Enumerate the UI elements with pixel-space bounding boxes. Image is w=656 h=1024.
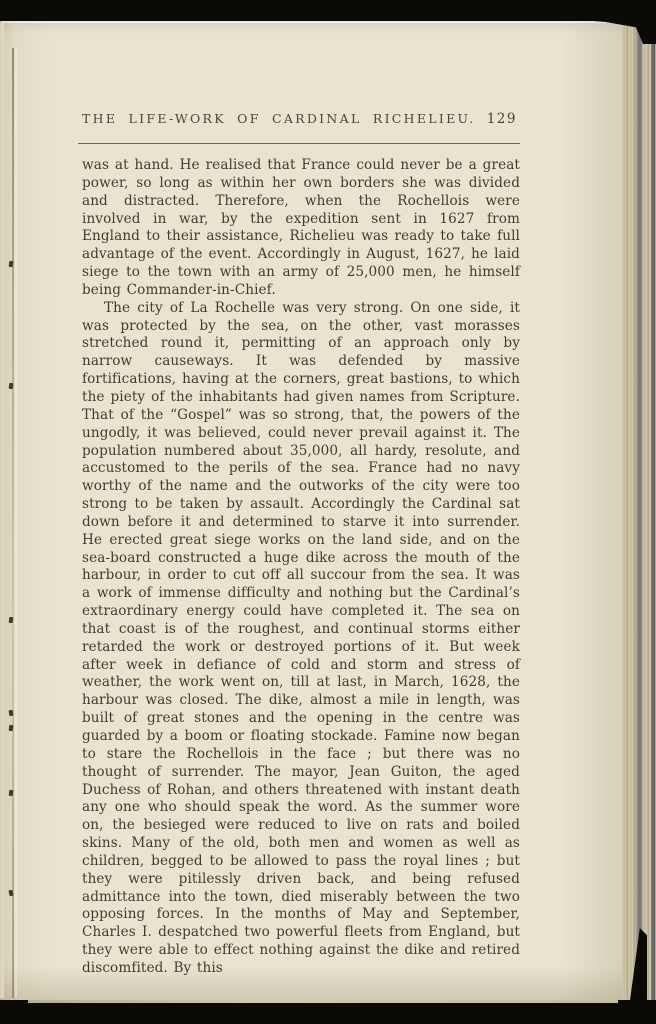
running-title: THE LIFE-WORK OF CARDINAL RICHELIEU. — [82, 111, 520, 126]
paragraph-la-rochelle: The city of La Rochelle was very strong.… — [82, 300, 520, 978]
gutter-mark — [9, 383, 14, 389]
fore-edge-slate-band-outer — [651, 25, 655, 1000]
fore-edge-slate-band — [635, 25, 644, 1000]
under-page-edge — [28, 1000, 618, 1003]
gutter-mark — [9, 725, 14, 731]
gutter-mark — [9, 617, 14, 623]
paragraph-continuation: was at hand. He realised that France cou… — [82, 157, 520, 300]
left-page-sliver — [0, 23, 4, 998]
book-page: THE LIFE-WORK OF CARDINAL RICHELIEU. 129… — [0, 21, 622, 1000]
book-scan-photo: THE LIFE-WORK OF CARDINAL RICHELIEU. 129… — [0, 0, 656, 1024]
body-text: was at hand. He realised that France cou… — [82, 157, 520, 978]
header-rule — [78, 143, 520, 144]
binding-crease — [12, 48, 14, 998]
gutter-mark — [9, 790, 14, 796]
gutter-mark — [9, 261, 14, 267]
fore-edge-page-stack — [622, 25, 656, 1000]
running-head: THE LIFE-WORK OF CARDINAL RICHELIEU. 129 — [82, 111, 520, 131]
page-number: 129 — [487, 111, 517, 127]
gutter-mark — [9, 710, 14, 717]
